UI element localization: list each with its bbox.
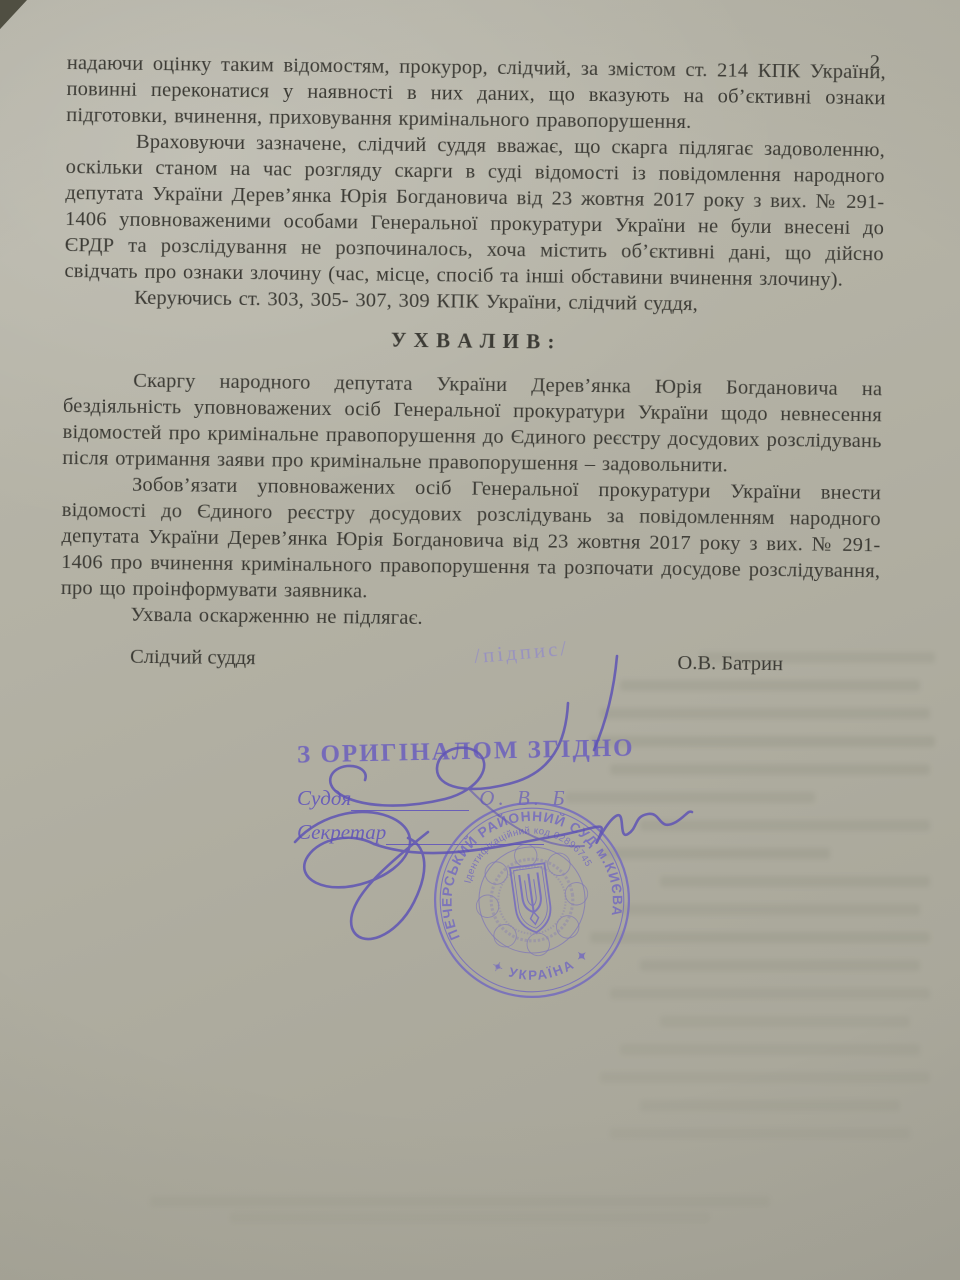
bleed-through-line: [610, 988, 930, 999]
ruling-heading: У Х В А Л И В :: [64, 324, 883, 358]
bleed-through-line: [230, 1212, 710, 1223]
page-number: 2: [870, 51, 880, 74]
court-seal: ПЕЧЕРСЬКИЙ РАЙОННИЙ СУД м.КИЄВА ✦ УКРАЇН…: [430, 798, 634, 1002]
certification-secretary-label: Секретар: [297, 820, 386, 845]
trident-icon: [510, 863, 554, 934]
bleed-through-line: [620, 1044, 920, 1055]
seal-country-text: ✦ УКРАЇНА ✦: [488, 944, 596, 989]
svg-text:✦ УКРАЇНА ✦: ✦ УКРАЇНА ✦: [488, 944, 596, 989]
certification-stamp-text: З ОРИГІНАЛОМ ЗГІДНО: [297, 734, 635, 769]
bleed-through-line: [640, 960, 920, 971]
bleed-through-line: [610, 1128, 910, 1139]
bleed-through-line: [150, 1196, 770, 1207]
paragraph: Скаргу народного депутата України Дерев’…: [62, 367, 882, 480]
bleed-through-line: [640, 1100, 900, 1111]
bleed-through-line: [620, 904, 920, 915]
bleed-through-line: [600, 708, 930, 719]
seal-outer-text: ПЕЧЕРСЬКИЙ РАЙОННИЙ СУД м.КИЄВА: [430, 798, 628, 943]
bleed-through-line: [620, 680, 920, 691]
paragraph: Зобов’язати уповноважених осіб Генеральн…: [61, 471, 881, 610]
judge-role-label: Слідчий суддя: [130, 646, 256, 670]
bleed-through-line: [640, 820, 930, 831]
paragraph: надаючи оцінку таким відомостям, прокуро…: [66, 50, 886, 137]
judge-name: О.В. Батрин: [677, 652, 783, 676]
bleed-through-line: [600, 848, 830, 859]
svg-text:ПЕЧЕРСЬКИЙ РАЙОННИЙ СУД м.КИЄВ: ПЕЧЕРСЬКИЙ РАЙОННИЙ СУД м.КИЄВА: [430, 798, 628, 943]
bleed-through-line: [590, 932, 930, 943]
document-page: 2 надаючи оцінку таким відомостям, проку…: [60, 50, 886, 677]
paragraph: Враховуючи зазначене, слідчий суддя вваж…: [64, 128, 885, 293]
certification-judge-label: Суддя: [297, 786, 351, 811]
photo-shadow-corner: [0, 0, 40, 42]
bleed-through-line: [600, 1072, 930, 1083]
bleed-through-line: [660, 876, 930, 887]
bleed-through-line: [610, 764, 930, 775]
bleed-through-line: [660, 1016, 910, 1027]
bleed-through-line: [590, 736, 935, 747]
